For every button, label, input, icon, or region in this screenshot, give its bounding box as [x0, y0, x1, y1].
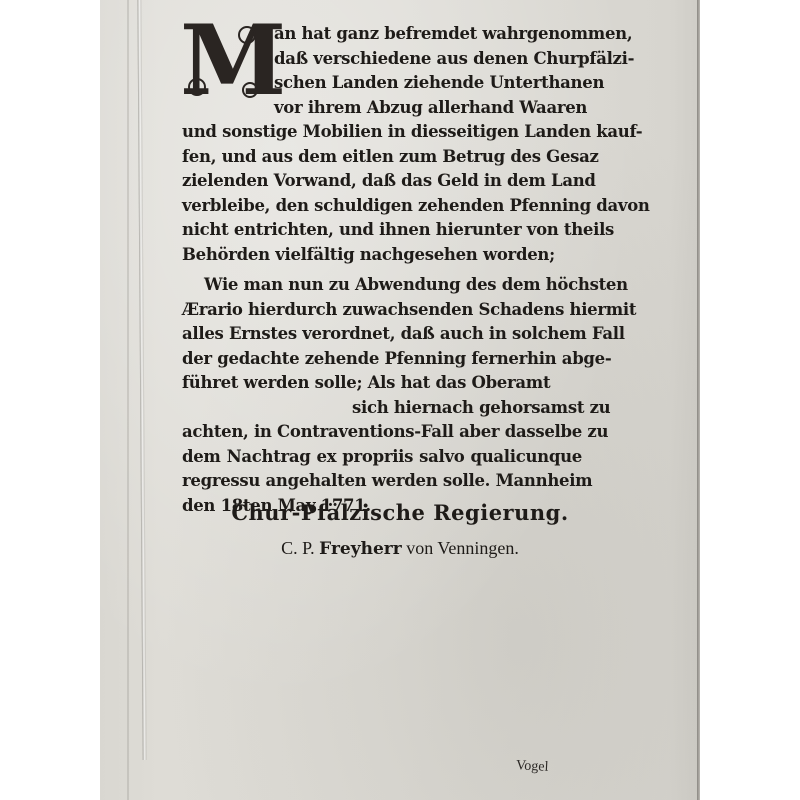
signatory: C. P. Freyherr von Venningen.: [0, 538, 800, 559]
text-line: vor ihrem Abzug allerhand Waaren: [182, 96, 582, 121]
text-line: Ærario hierdurch zuwachsenden Schadens h…: [182, 298, 582, 323]
decree-body: an hat ganz befremdet wahrgenommen, daß …: [182, 22, 582, 518]
text-line: schen Landen ziehende Unterthanen: [182, 71, 582, 96]
text-line: regressu angehalten werden solle. Mannhe…: [182, 469, 582, 494]
signer-initials: C. P.: [281, 538, 315, 558]
text-line: an hat ganz befremdet wahrgenommen,: [182, 22, 582, 47]
text-line: verbleibe, den schuldigen zehenden Pfenn…: [182, 194, 582, 219]
issuing-authority: Chur-Pfälzische Regierung.: [0, 500, 800, 525]
text-line: alles Ernstes verordnet, daß auch in sol…: [182, 322, 582, 347]
paragraph-1: an hat ganz befremdet wahrgenommen, daß …: [182, 22, 582, 267]
text-line: der gedachte zehende Pfenning fernerhin …: [182, 347, 582, 372]
text-line: sich hiernach gehorsamst zu: [182, 396, 582, 421]
text-line: nicht entrichten, und ihnen hierunter vo…: [182, 218, 582, 243]
text-line: Behörden vielfältig nachgesehen worden;: [182, 243, 582, 268]
signer-title: Freyherr: [319, 539, 402, 559]
paragraph-2: Wie man nun zu Abwendung des dem höchste…: [182, 273, 582, 518]
text-line: und sonstige Mobilien in diesseitigen La…: [182, 120, 582, 145]
paper-fold-line: [127, 0, 129, 800]
text-line: Wie man nun zu Abwendung des dem höchste…: [182, 273, 582, 298]
text-line: fen, und aus dem eitlen zum Betrug des G…: [182, 145, 582, 170]
text-line: daß verschiedene aus denen Churpfälzi-: [182, 47, 582, 72]
text-line: zielenden Vorwand, daß das Geld in dem L…: [182, 169, 582, 194]
text-line: achten, in Contraventions-Fall aber dass…: [182, 420, 582, 445]
signer-name: von Venningen.: [406, 538, 519, 558]
text-line: führet werden solle; Als hat das Oberamt: [182, 371, 582, 396]
paper-edge-shadow: [697, 0, 700, 800]
text-line: dem Nachtrag ex propriis salvo qualicunq…: [182, 445, 582, 470]
printer-mark: Vogel: [516, 758, 549, 776]
